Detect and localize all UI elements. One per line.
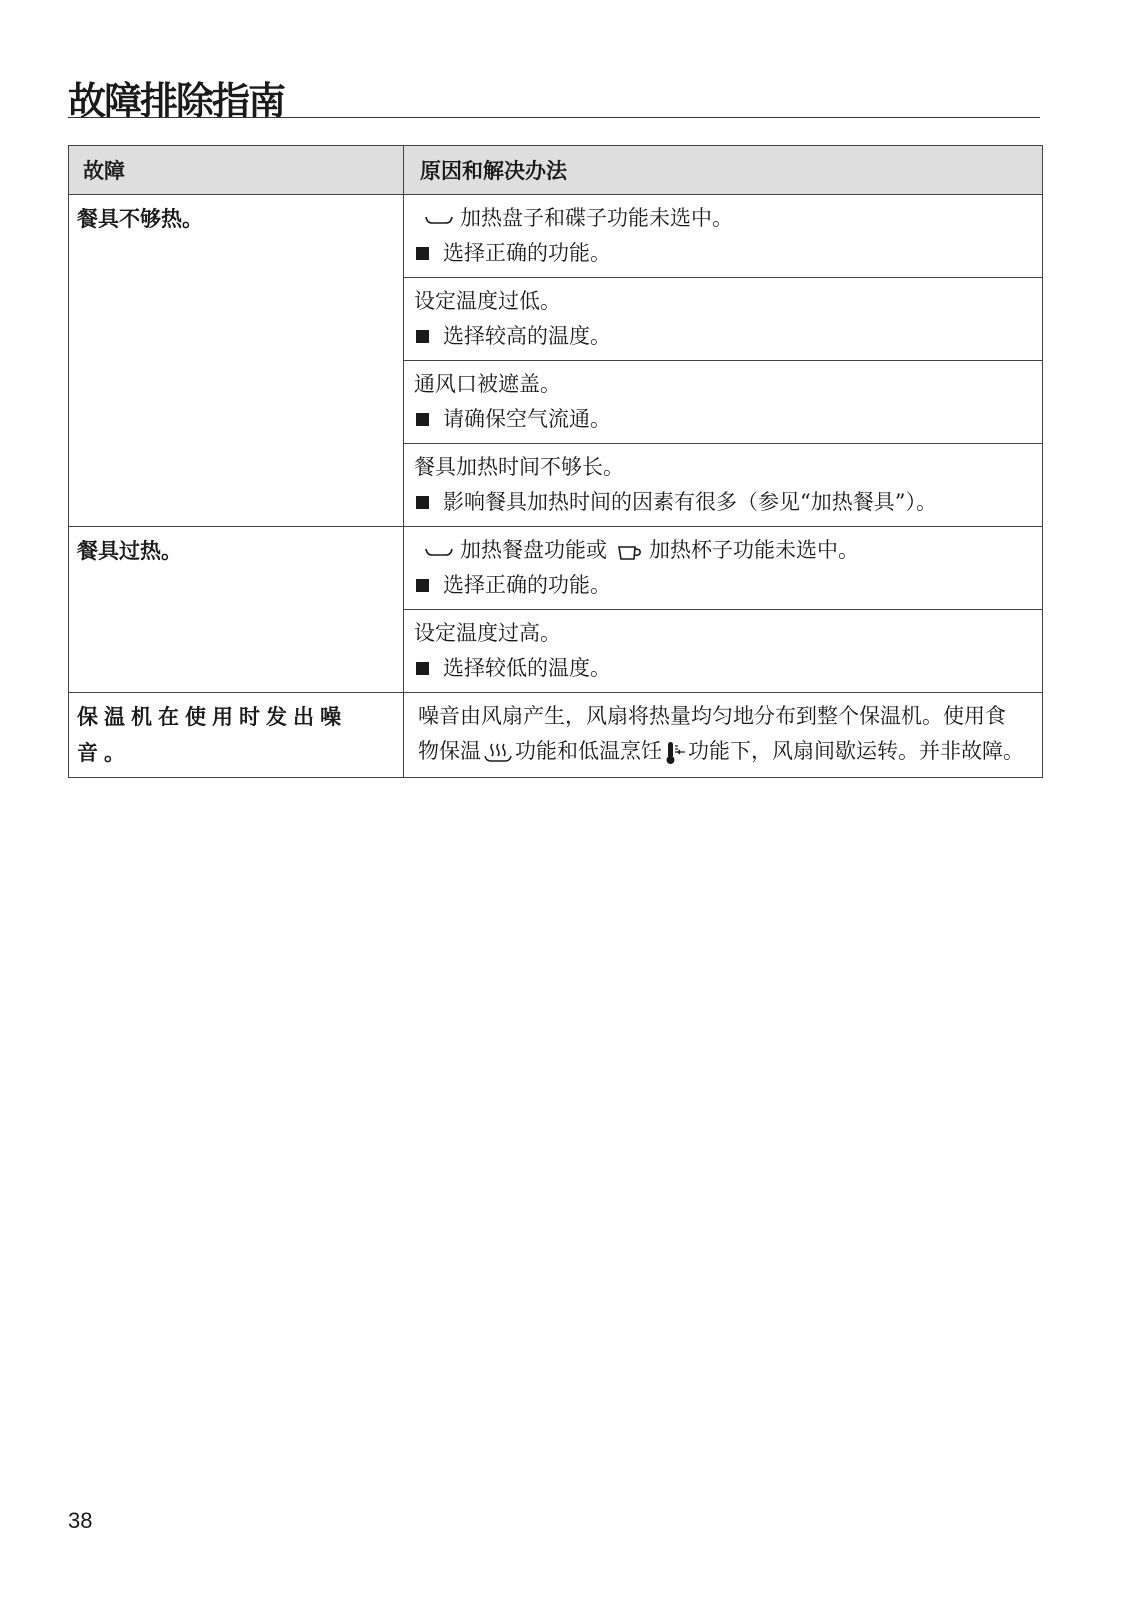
cause-text-b: 功能和低温烹饪 <box>515 739 662 763</box>
cause-text: 设定温度过低。 <box>414 284 1032 319</box>
table-row: 餐具过热。 加热餐盘功能或加热杯子功能未选中。 选择正确的功能。 <box>69 527 1043 610</box>
cause-cell: 设定温度过高。 选择较低的温度。 <box>404 610 1043 693</box>
cause-text: 通风口被遮盖。 <box>414 367 1032 402</box>
cause-cell: 通风口被遮盖。 请确保空气流通。 <box>404 361 1043 444</box>
bullet-square <box>416 496 429 509</box>
solution-text: 选择较高的温度。 <box>443 319 611 354</box>
table-header-row: 故障 原因和解决办法 <box>69 146 1043 195</box>
solution-text: 影响餐具加热时间的因素有很多（参见“加热餐具”）。 <box>443 485 937 520</box>
bullet-square <box>416 247 429 260</box>
solution-text: 选择正确的功能。 <box>443 236 611 271</box>
cause-text: 加热盘子和碟子功能未选中。 <box>460 206 733 230</box>
cause-text-b: 加热杯子功能未选中。 <box>649 538 859 562</box>
plate-warming-icon <box>424 213 454 227</box>
page-number: 38 <box>68 1508 92 1534</box>
fault-cell: 餐具过热。 <box>69 527 404 693</box>
bullet-square <box>416 579 429 592</box>
bullet-square <box>416 413 429 426</box>
cause-text: 设定温度过高。 <box>414 616 1032 651</box>
bullet-square <box>416 662 429 675</box>
cause-text-c: 功能下，风扇间歇运转。并非故障。 <box>688 739 1024 763</box>
table-row: 餐具不够热。 加热盘子和碟子功能未选中。 选择正确的功能。 <box>69 195 1043 278</box>
cause-cell: 加热盘子和碟子功能未选中。 选择正确的功能。 <box>404 195 1043 278</box>
table-row: 保温机在使用时发出噪音。 噪音由风扇产生，风扇将热量均匀地分布到整个保温机。使用… <box>69 693 1043 778</box>
solution-text: 请确保空气流通。 <box>443 402 611 437</box>
solution-text: 选择较低的温度。 <box>443 651 611 686</box>
keep-warm-icon <box>483 742 513 764</box>
header-fault: 故障 <box>69 146 404 195</box>
bullet-square <box>416 330 429 343</box>
low-temp-cooking-icon <box>664 740 686 766</box>
plate-warming-icon <box>424 545 454 559</box>
cause-cell: 设定温度过低。 选择较高的温度。 <box>404 278 1043 361</box>
cause-cell: 噪音由风扇产生，风扇将热量均匀地分布到整个保温机。使用食物保温功能和低温烹饪功能… <box>404 693 1043 778</box>
cause-text-a: 加热餐盘功能或 <box>460 538 607 562</box>
fault-cell: 餐具不够热。 <box>69 195 404 527</box>
title-rule <box>68 117 1040 118</box>
fault-cell: 保温机在使用时发出噪音。 <box>69 693 404 778</box>
cup-warming-icon <box>617 542 643 562</box>
cause-text: 餐具加热时间不够长。 <box>414 450 1032 485</box>
cause-cell: 餐具加热时间不够长。 影响餐具加热时间的因素有很多（参见“加热餐具”）。 <box>404 444 1043 527</box>
cause-cell: 加热餐盘功能或加热杯子功能未选中。 选择正确的功能。 <box>404 527 1043 610</box>
troubleshooting-table: 故障 原因和解决办法 餐具不够热。 加热盘子和碟子功能未选中。 选择正确的功能。… <box>68 145 1043 778</box>
header-cause-solution: 原因和解决办法 <box>404 146 1043 195</box>
solution-text: 选择正确的功能。 <box>443 568 611 603</box>
